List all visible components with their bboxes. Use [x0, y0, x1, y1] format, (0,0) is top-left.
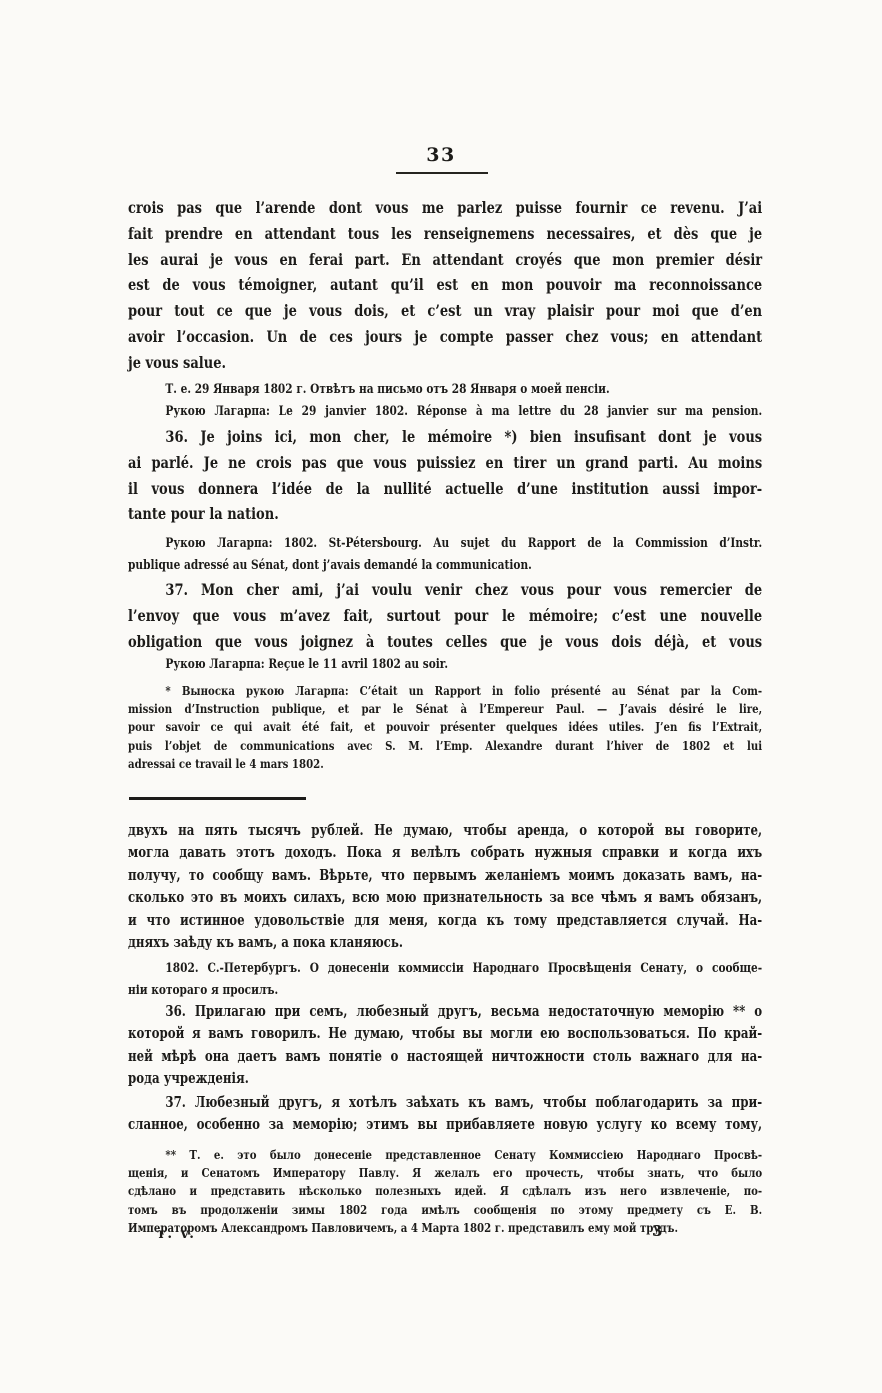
text-line: дняхъ заѣду къ вамъ, а пока кланяюсь.	[128, 932, 762, 954]
text-line: ai parlé. Je ne crois pas que vous puiss…	[128, 450, 762, 476]
text-line: могла давать этотъ доходъ. Пока я велѣлъ…	[128, 842, 762, 864]
text-line: сдѣлано и представить нѣсколько полезных…	[128, 1182, 762, 1200]
text-line: publique adressé au Sénat, dont j’avais …	[128, 555, 762, 577]
lagarpe-note-29-janvier: Рукою Лагарпа: Le 29 janvier 1802. Répon…	[128, 401, 762, 423]
text-line: adressai ce travail le 4 mars 1802.	[128, 755, 762, 773]
text-line: и что истинное удовольствіе для меня, ко…	[128, 910, 762, 932]
russian-footnote-double-star: ** Т. е. это было донесеніе представленн…	[128, 1146, 762, 1237]
text-line: ніи котораго я просилъ.	[128, 980, 762, 1002]
french-letter-continuation: crois pas que l’arende dont vous me parl…	[128, 195, 762, 376]
text-line: 36. Je joins ici, mon cher, le mémoire *…	[128, 424, 762, 450]
text-line: 1802. С.-Петербургъ. О донесеніи коммисс…	[128, 958, 762, 980]
text-line: 37. Mon cher ami, j’ai voulu venir chez …	[128, 577, 762, 603]
text-line: сколько это въ моихъ силахъ, всю мою при…	[128, 887, 762, 909]
page-number: 33	[0, 144, 882, 166]
text-line: Рукою Лагарпа: 1802. St-Pétersbourg. Au …	[128, 533, 762, 555]
russian-editorial-note-pension: Т. е. 29 Января 1802 г. Отвѣтъ на письмо…	[128, 379, 762, 401]
scanned-book-page: 33 crois pas que l’arende dont vous me p…	[0, 0, 882, 1393]
text-line: mission d’Instruction publique, et par l…	[128, 700, 762, 718]
text-line: fait prendre en attendant tous les rense…	[128, 221, 762, 247]
russian-paragraph-36: 36. Прилагаю при семъ, любезный другъ, в…	[128, 1001, 762, 1091]
footer-signature-number: 3	[652, 1222, 662, 1240]
text-line: Т. е. 29 Января 1802 г. Отвѣтъ на письмо…	[128, 379, 762, 401]
text-line: получу, то сообщу вамъ. Вѣрьте, что перв…	[128, 865, 762, 887]
russian-paragraph-37: 37. Любезный другъ, я хотѣлъ заѣхать къ …	[128, 1092, 762, 1137]
text-line: pour tout ce que je vous dois, et c’est …	[128, 298, 762, 324]
text-line: il vous donnera l’idée de la nullité act…	[128, 476, 762, 502]
text-line: ** Т. е. это было донесеніе представленн…	[128, 1146, 762, 1164]
text-line: avoir l’occasion. Un de ces jours je com…	[128, 324, 762, 350]
text-line: pour savoir ce qui avait été fait, et po…	[128, 718, 762, 736]
text-line: les aurai je vous en ferai part. En atte…	[128, 247, 762, 273]
text-line: Рукою Лагарпа: Reçue le 11 avril 1802 au…	[128, 654, 762, 676]
text-line: которой я вамъ говорилъ. Не думаю, чтобы…	[128, 1023, 762, 1045]
text-line: щенія, и Сенатомъ Императору Павлу. Я же…	[128, 1164, 762, 1182]
lagarpe-note-petersbourg: Рукою Лагарпа: 1802. St-Pétersbourg. Au …	[128, 533, 762, 576]
text-line: двухъ на пять тысячъ рублей. Не думаю, ч…	[128, 820, 762, 842]
text-line: tante pour la nation.	[128, 501, 762, 527]
text-line: l’envoy que vous m’avez fait, surtout po…	[128, 603, 762, 629]
page-number-rule	[396, 172, 488, 174]
text-line: je vous salue.	[128, 350, 762, 376]
text-line: crois pas que l’arende dont vous me parl…	[128, 195, 762, 221]
russian-letter-continuation: двухъ на пять тысячъ рублей. Не думаю, ч…	[128, 820, 762, 954]
french-paragraph-37: 37. Mon cher ami, j’ai voulu venir chez …	[128, 577, 762, 654]
text-line: 37. Любезный другъ, я хотѣлъ заѣхать къ …	[128, 1092, 762, 1114]
text-line: сланное, особенно за меморію; этимъ вы п…	[128, 1114, 762, 1136]
french-footnote-star: * Выноска рукою Лагарпа: C’était un Rapp…	[128, 682, 762, 773]
text-line: * Выноска рукою Лагарпа: C’était un Rapp…	[128, 682, 762, 700]
text-line: est de vous témoigner, autant qu’il est …	[128, 272, 762, 298]
text-line: 36. Прилагаю при семъ, любезный другъ, в…	[128, 1001, 762, 1023]
russian-note-petersburg: 1802. С.-Петербургъ. О донесеніи коммисс…	[128, 958, 762, 1001]
text-line: puis l’objet de communications avec S. M…	[128, 737, 762, 755]
french-paragraph-36: 36. Je joins ici, mon cher, le mémoire *…	[128, 424, 762, 527]
text-line: томъ въ продолженіи зимы 1802 года имѣлъ…	[128, 1201, 762, 1219]
text-line: Императоромъ Александромъ Павловичемъ, а…	[128, 1219, 762, 1237]
text-line: Рукою Лагарпа: Le 29 janvier 1802. Répon…	[128, 401, 762, 423]
text-line: ней мѣрѣ она даетъ вамъ понятіе о настоя…	[128, 1046, 762, 1068]
lagarpe-note-recue: Рукою Лагарпа: Reçue le 11 avril 1802 au…	[128, 654, 762, 676]
section-divider-rule	[129, 797, 306, 800]
text-line: obligation que vous joignez à toutes cel…	[128, 629, 762, 655]
text-line: рода учрежденія.	[128, 1068, 762, 1090]
footer-volume-mark: т. v.	[157, 1226, 196, 1242]
